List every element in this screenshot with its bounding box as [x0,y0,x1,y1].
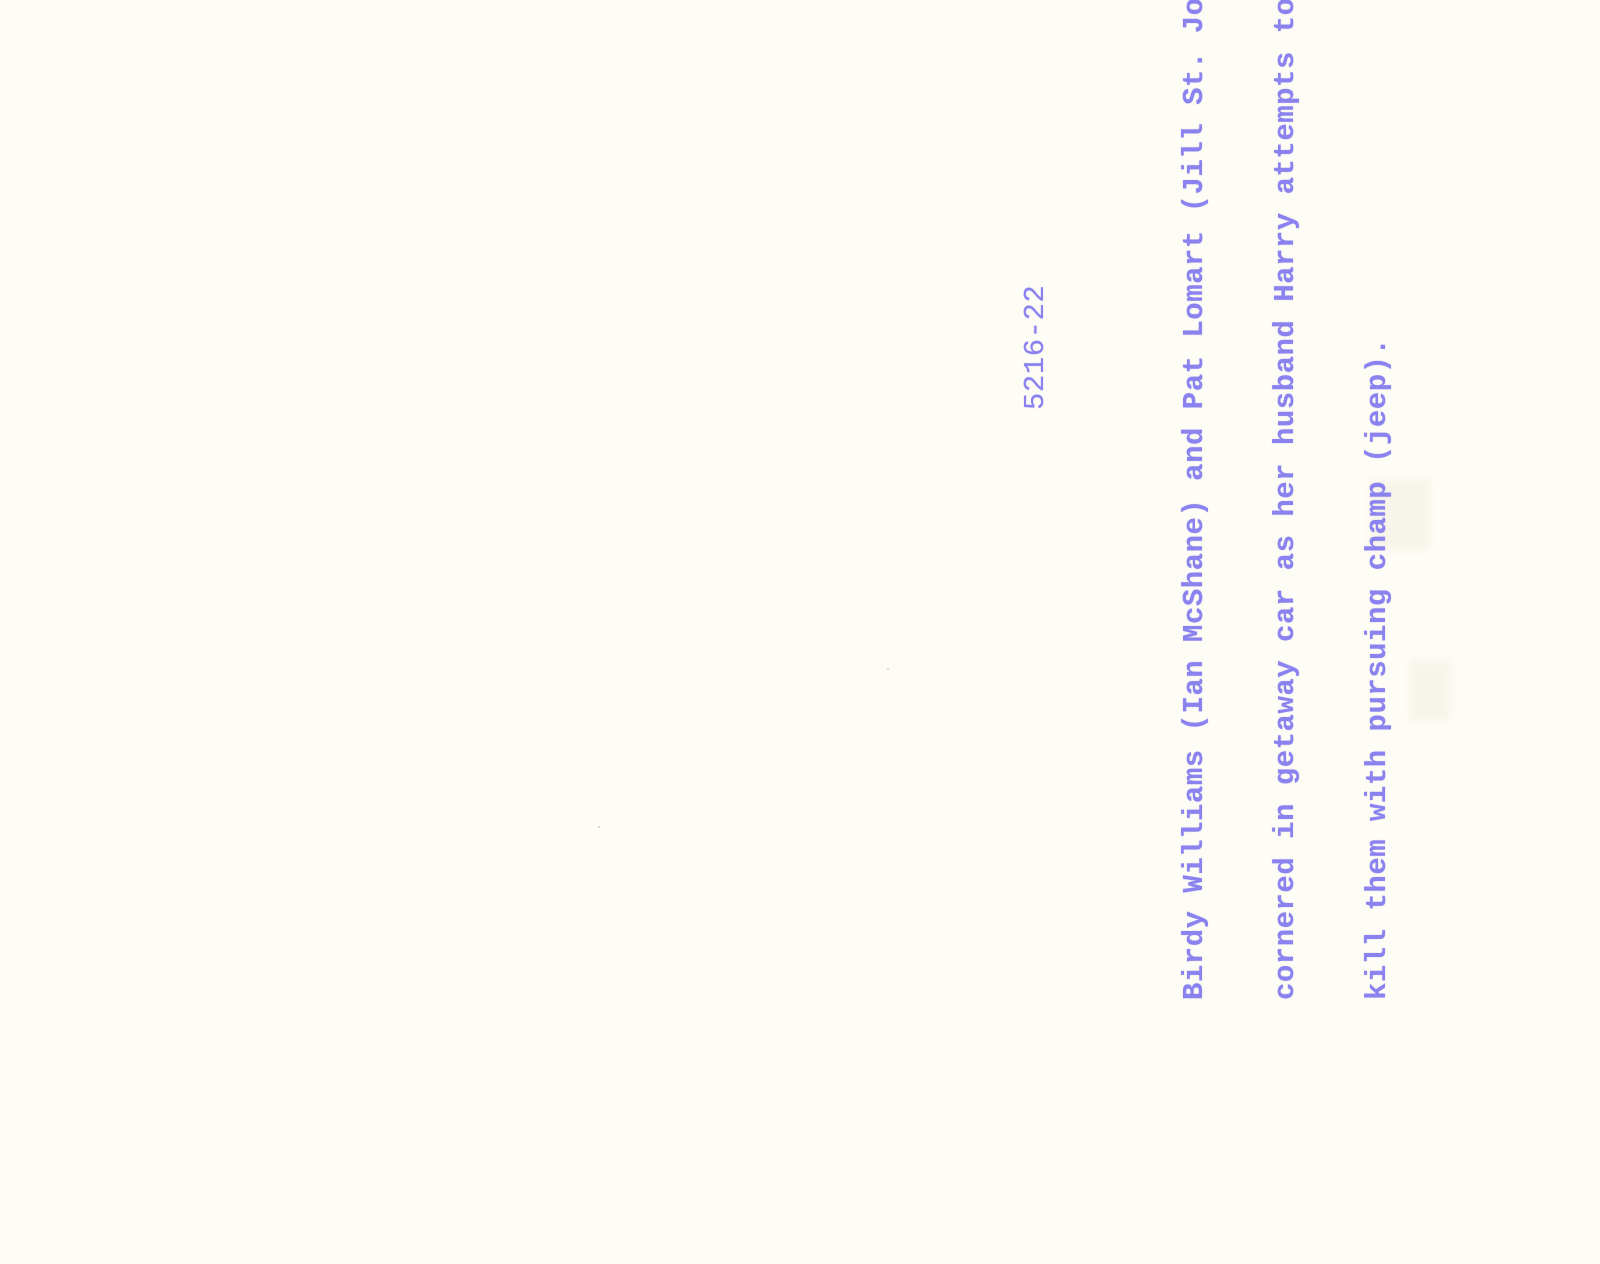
reference-number: 5216-22 [1021,80,1052,1000]
caption-line: cornered in getaway car as her husband H… [1271,80,1302,1000]
paper-speck [598,826,600,828]
caption-line: kill them with pursuing champ (jeep). [1363,80,1394,1000]
caption-paragraph-synopsis: "SITTING TARGET", an MGM release, stars … [1545,80,1600,1000]
photo-back-sheet: 5216-22 Birdy Williams (Ian McShane) and… [0,0,1600,1264]
caption-paragraph-scene: Birdy Williams (Ian McShane) and Pat Lom… [1119,80,1455,1000]
typed-caption: 5216-22 Birdy Williams (Ian McShane) and… [960,80,1600,1000]
paper-speck [887,668,889,670]
caption-line: Birdy Williams (Ian McShane) and Pat Lom… [1180,80,1211,1000]
